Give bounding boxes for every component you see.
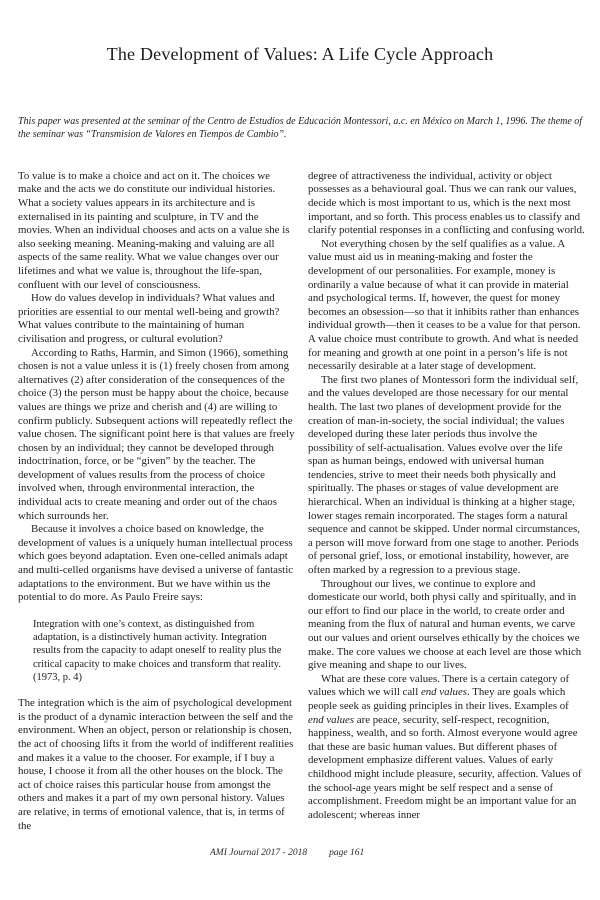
paragraph: How do values develop in individuals? Wh…: [18, 292, 295, 346]
right-column: degree of attractiveness the individual,…: [308, 170, 585, 838]
page-footer: AMI Journal 2017 - 2018page 161: [210, 848, 364, 858]
paragraph: To value is to make a choice and act on …: [18, 170, 295, 292]
block-quote: Integration with one’s context, as disti…: [33, 618, 291, 684]
paragraph: What are these core values. There is a c…: [308, 673, 585, 823]
journal-page: The Development of Values: A Life Cycle …: [0, 0, 600, 900]
paragraph: degree of attractiveness the individual,…: [308, 170, 585, 238]
paragraph: Throughout our lives, we continue to exp…: [308, 578, 585, 673]
page-number: page 161: [329, 848, 364, 858]
paragraph: According to Raths, Harmin, and Simon (1…: [18, 347, 295, 524]
end-values-term: end values: [308, 714, 354, 726]
paragraph: The integration which is the aim of psyc…: [18, 697, 295, 833]
paragraph: Because it involves a choice based on kn…: [18, 523, 295, 605]
end-values-term: end values: [421, 686, 467, 698]
paragraph-text: are peace, security, self-respect, recog…: [308, 714, 582, 821]
paragraph: The first two planes of Montessori form …: [308, 374, 585, 578]
left-column: To value is to make a choice and act on …: [18, 170, 295, 838]
journal-name: AMI Journal 2017 - 2018: [210, 848, 307, 858]
page-title: The Development of Values: A Life Cycle …: [0, 44, 600, 65]
paragraph: Not everything chosen by the self qualif…: [308, 238, 585, 374]
presentation-note: This paper was presented at the seminar …: [18, 115, 584, 142]
article-body: To value is to make a choice and act on …: [18, 170, 585, 838]
